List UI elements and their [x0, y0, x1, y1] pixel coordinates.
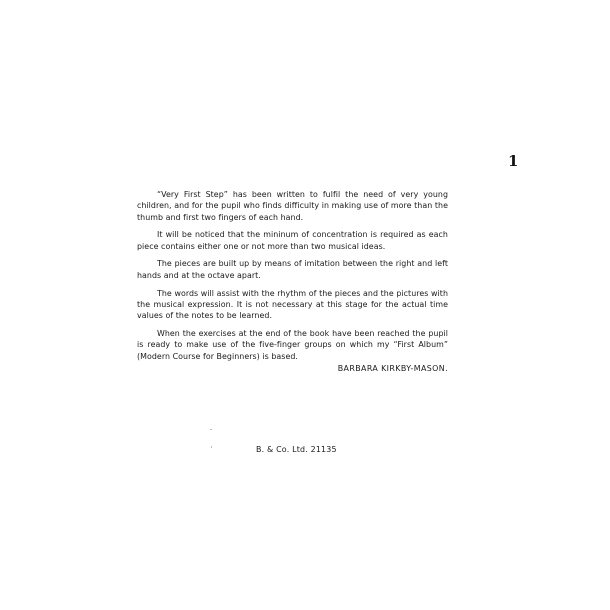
paragraph-intro: “Very First Step” has been written to fu…: [137, 189, 448, 223]
print-speck: [210, 429, 212, 430]
paragraph-exercises: When the exercises at the end of the boo…: [137, 328, 448, 362]
preface-text: “Very First Step” has been written to fu…: [137, 189, 448, 375]
publisher-line: B. & Co. Ltd. 21135: [256, 445, 337, 454]
author-signature: BARBARA KIRKBY-MASON.: [137, 363, 448, 374]
paragraph-concentration: It will be noticed that the mininum of c…: [137, 229, 448, 252]
paragraph-imitation: The pieces are built up by means of imit…: [137, 258, 448, 281]
page-number: 1: [508, 152, 518, 170]
print-speck: [211, 446, 212, 448]
paragraph-words: The words will assist with the rhythm of…: [137, 288, 448, 322]
